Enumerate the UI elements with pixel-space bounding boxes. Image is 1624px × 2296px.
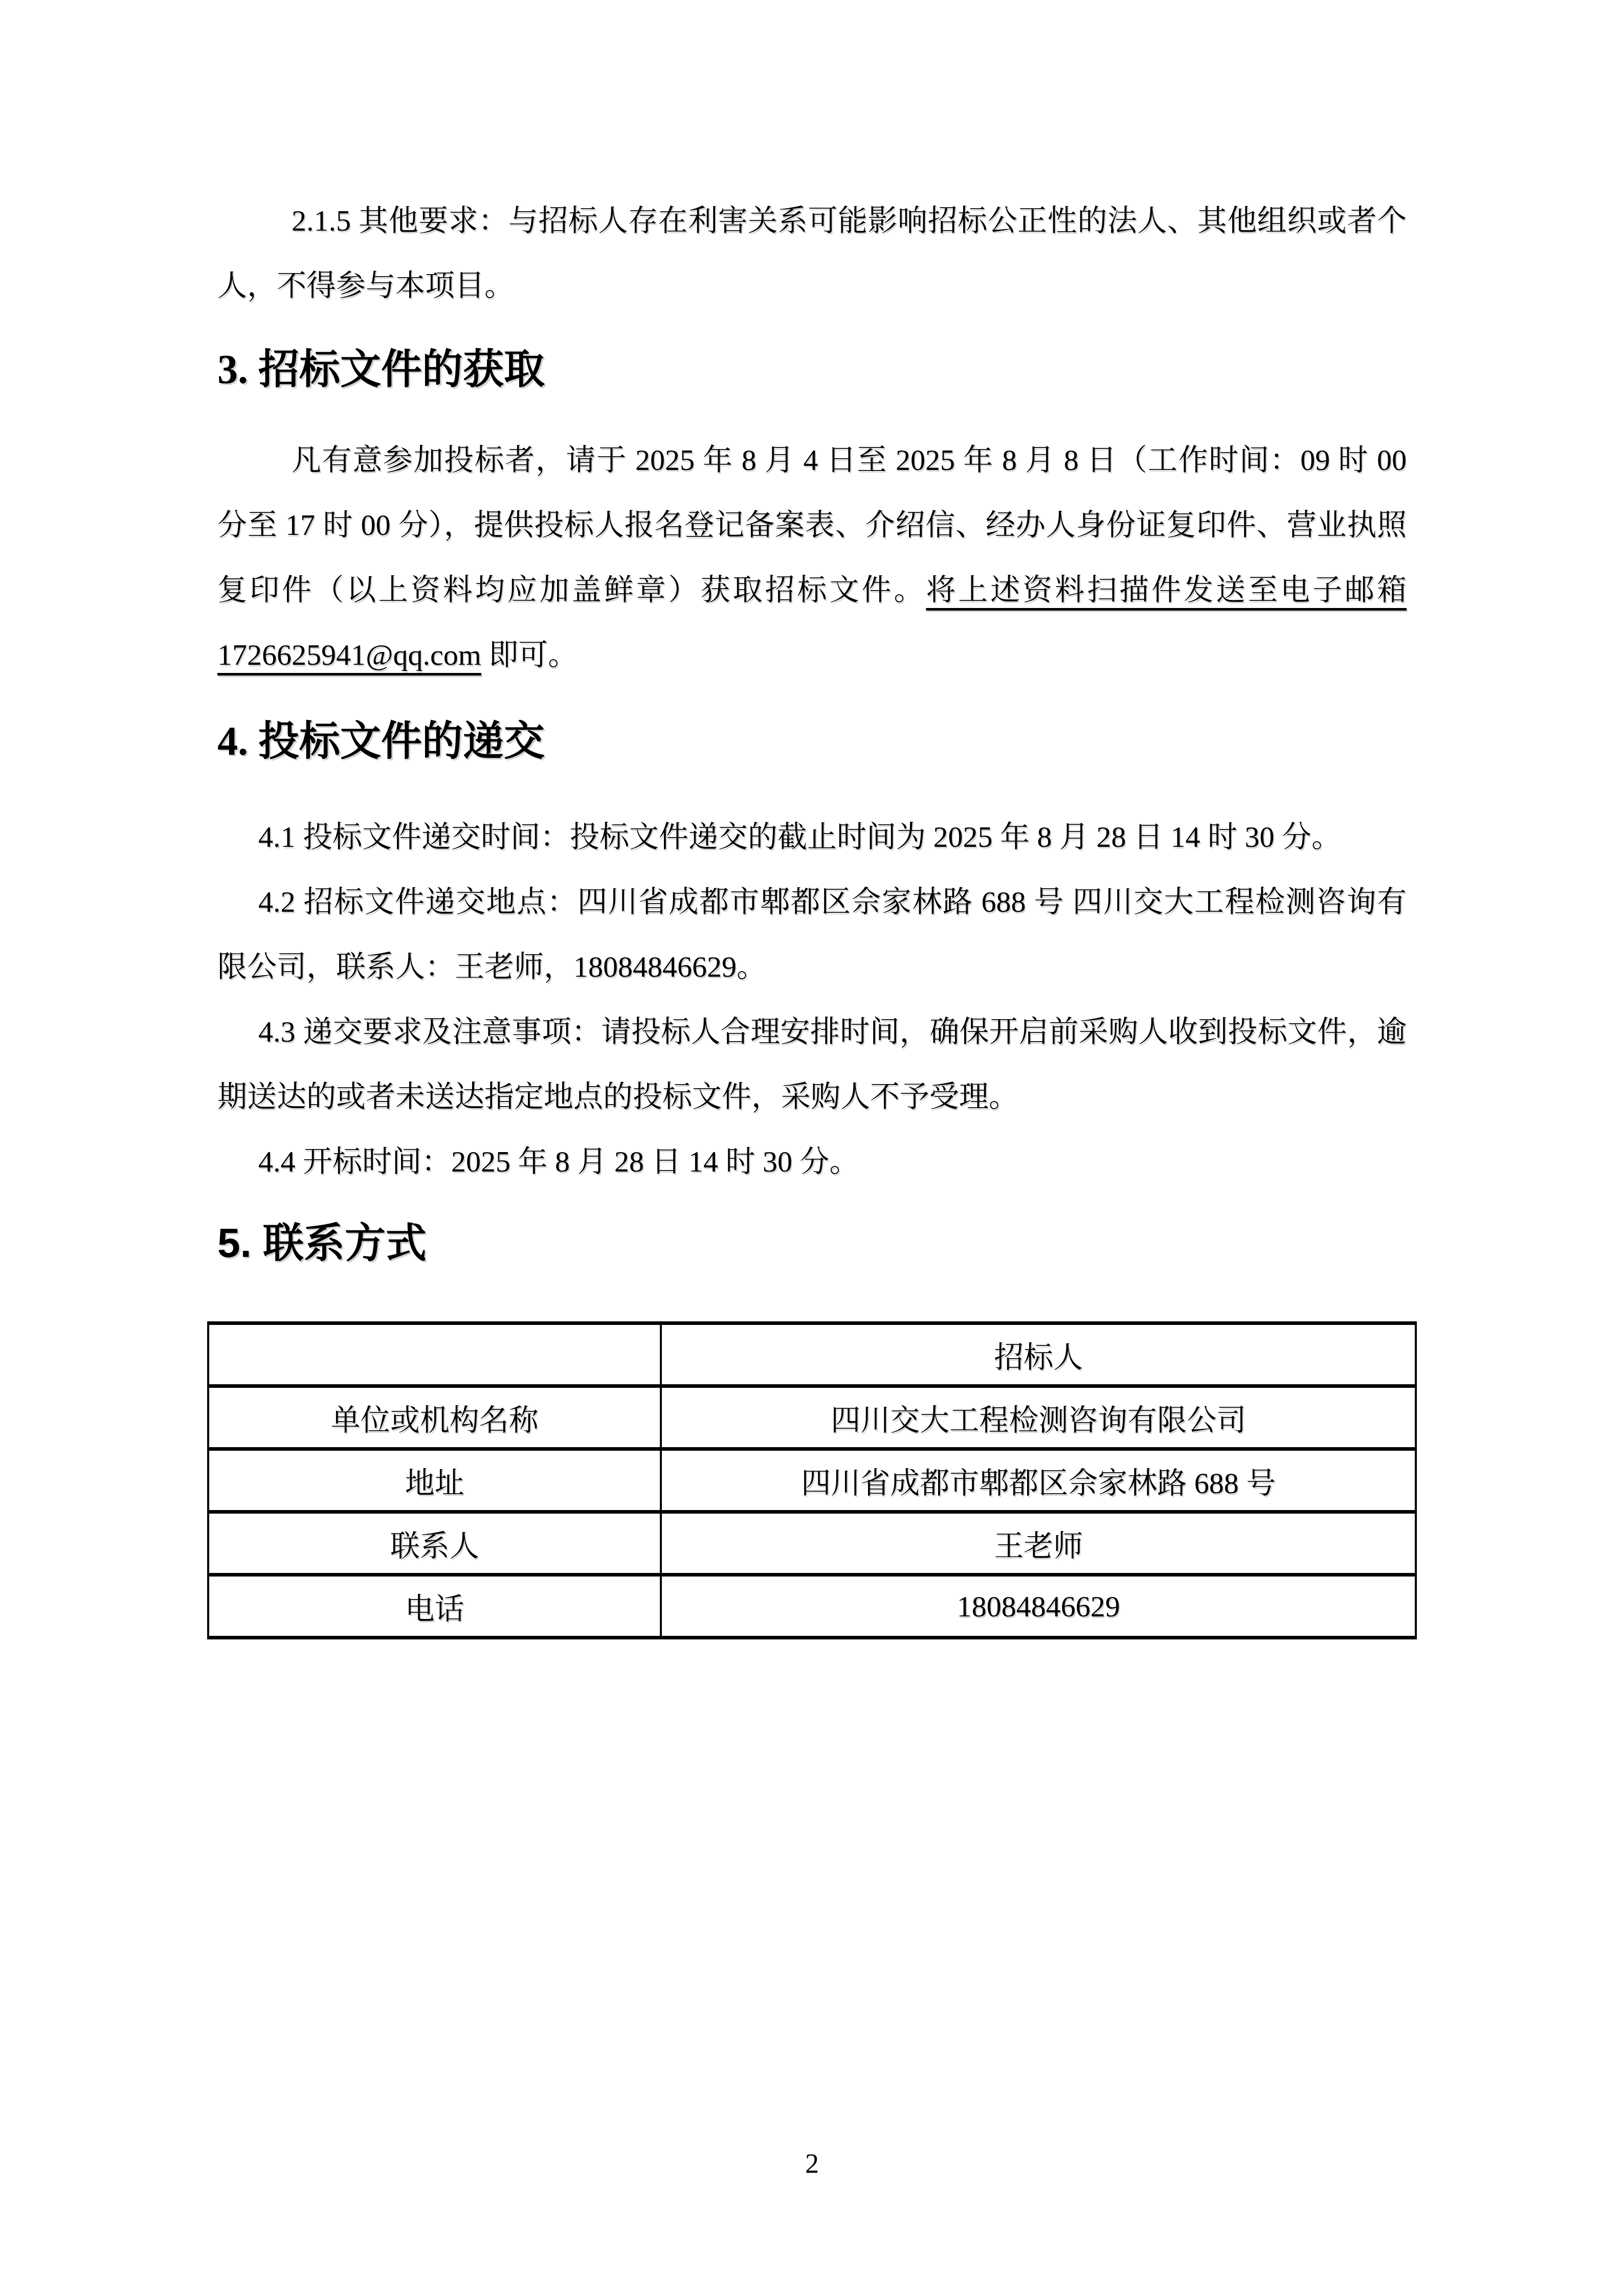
section3-heading: 3. 招标文件的获取: [217, 341, 1407, 398]
paragraph-4-2: 4.2 招标文件递交地点：四川省成都市郫都区佘家林路 688 号 四川交大工程检…: [217, 869, 1407, 999]
table-cell-label: 单位或机构名称: [208, 1386, 661, 1449]
section3-tail-text: 即可。: [481, 638, 578, 671]
table-cell-value: 18084846629: [661, 1575, 1416, 1638]
table-cell-value: 王老师: [661, 1512, 1416, 1575]
table-row: 地址 四川省成都市郫都区佘家林路 688 号: [208, 1449, 1416, 1512]
document-page: 2.1.5 其他要求：与招标人存在利害关系可能影响招标公正性的法人、其他组织或者…: [0, 0, 1624, 2296]
table-row-header: 招标人: [208, 1323, 1416, 1386]
table-row: 单位或机构名称 四川交大工程检测咨询有限公司: [208, 1386, 1416, 1449]
table-cell-label: 电话: [208, 1575, 661, 1638]
table-cell-label: 地址: [208, 1449, 661, 1512]
table-cell-label: 联系人: [208, 1512, 661, 1575]
underline-prefix-text: 将上述资料扫描件发送至电子邮箱: [926, 573, 1407, 606]
table-cell-bidder-header: 招标人: [661, 1323, 1416, 1386]
section3-paragraph: 凡有意参加投标者，请于 2025 年 8 月 4 日至 2025 年 8 月 8…: [217, 427, 1407, 687]
email-link[interactable]: 1726625941@qq.com: [217, 638, 481, 671]
paragraph-4-4: 4.4 开标时间：2025 年 8 月 28 日 14 时 30 分。: [217, 1129, 1407, 1194]
section5-heading: 5. 联系方式: [217, 1214, 1407, 1272]
table-cell-value: 四川交大工程检测咨询有限公司: [661, 1386, 1416, 1449]
table-row: 联系人 王老师: [208, 1512, 1416, 1575]
document-content: 2.1.5 其他要求：与招标人存在利害关系可能影响招标公正性的法人、其他组织或者…: [217, 188, 1407, 1639]
contact-table: 招标人 单位或机构名称 四川交大工程检测咨询有限公司 地址 四川省成都市郫都区佘…: [207, 1321, 1417, 1639]
paragraph-4-1: 4.1 投标文件递交时间：投标文件递交的截止时间为 2025 年 8 月 28 …: [217, 804, 1407, 869]
page-number: 2: [0, 2148, 1624, 2179]
paragraph-2-1-5: 2.1.5 其他要求：与招标人存在利害关系可能影响招标公正性的法人、其他组织或者…: [217, 188, 1407, 318]
table-row: 电话 18084846629: [208, 1575, 1416, 1638]
table-cell-value: 四川省成都市郫都区佘家林路 688 号: [661, 1449, 1416, 1512]
table-cell-empty: [208, 1323, 661, 1386]
section4-heading: 4. 投标文件的递交: [217, 713, 1407, 770]
paragraph-4-3: 4.3 递交要求及注意事项：请投标人合理安排时间，确保开启前采购人收到投标文件，…: [217, 999, 1407, 1129]
